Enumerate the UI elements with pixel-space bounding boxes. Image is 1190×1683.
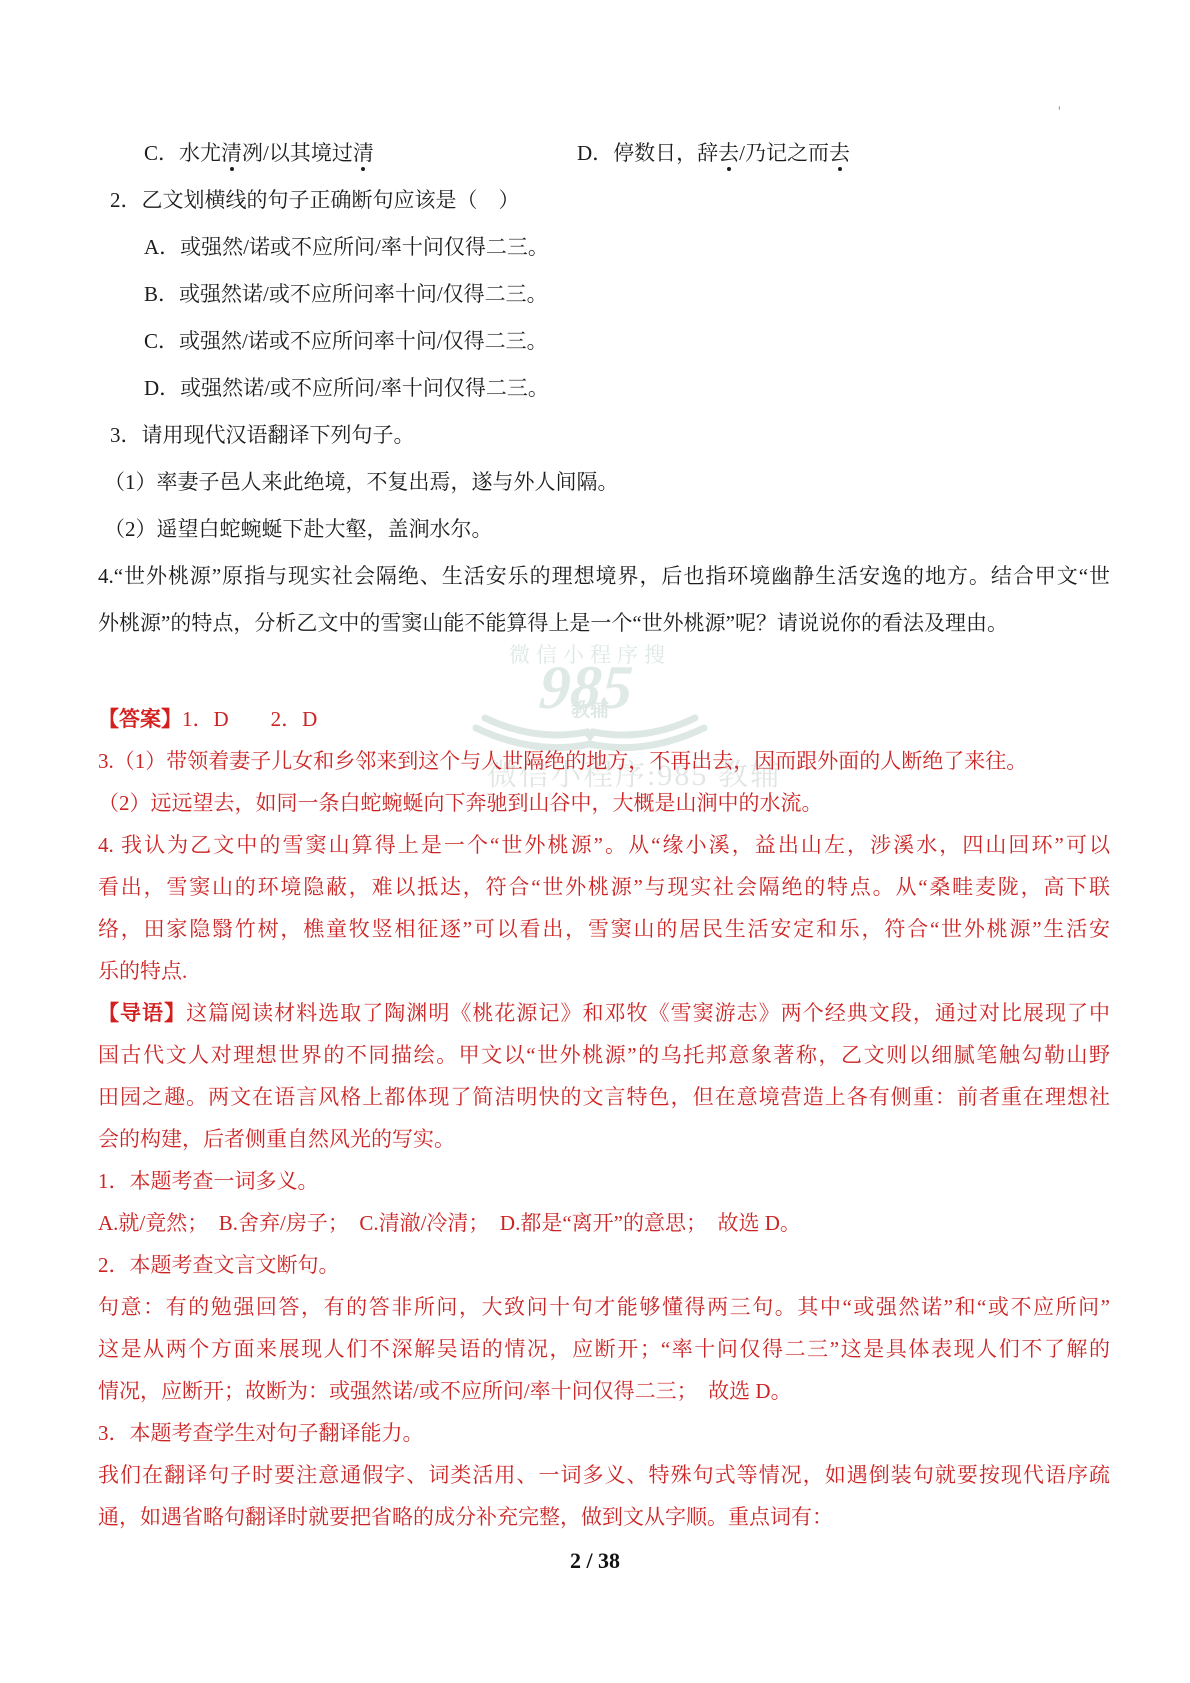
emphasized-char: 去 (829, 141, 850, 165)
answer-line: 田园之趣。两文在语言风格上都体现了简洁明快的文言特色，但在意境营造上各有侧重：前… (98, 1082, 1110, 1112)
answer-line: 1．本题考查一词多义。 (98, 1166, 1110, 1196)
answer-line: 3．本题考查学生对句子翻译能力。 (98, 1418, 1110, 1448)
q2-option-a: A．或强然/诺或不应所问/率十问仅得二三。 (144, 232, 1156, 262)
q1-option-d: D．停数日，辞去/乃记之而去 (577, 138, 850, 168)
answer-line: 4. 我认为乙文中的雪窦山算得上是一个“世外桃源”。从“缘小溪，益出山左，涉溪水… (98, 830, 1110, 860)
q2-option-c: C．或强然/诺或不应所问率十问/仅得二三。 (144, 326, 1156, 356)
scan-artifact-mark: ' (1058, 104, 1061, 121)
answer-line: （2）远远望去，如同一条白蛇蜿蜒向下奔驰到山谷中，大概是山涧中的水流。 (98, 788, 1110, 818)
q2-option-b: B．或强然诺/或不应所问率十问/仅得二三。 (144, 279, 1156, 309)
answer-header: 【答案】1．D 2．D (98, 704, 1110, 734)
emphasized-char: 清 (221, 141, 242, 165)
question-3: 3．请用现代汉语翻译下列句子。 (110, 420, 1122, 450)
q1-option-c: C．水尤清冽/以其境过清 (144, 141, 374, 165)
emphasized-char: 清 (353, 141, 374, 165)
question-2: 2．乙文划横线的句子正确断句应该是（ ） (110, 185, 1122, 215)
answer-line: 这是从两个方面来展现人们不深解吴语的情况，应断开；“率十问仅得二三”这是具体表现… (98, 1334, 1110, 1364)
answer-line: 乐的特点. (98, 956, 1110, 986)
emphasized-char: 去 (718, 141, 739, 165)
answer-line: 络，田家隐翳竹树，樵童牧竖相征逐”可以看出，雪窦山的居民生活安定和乐，符合“世外… (98, 914, 1110, 944)
answer-line: 通，如遇省略句翻译时就要把省略的成分补充完整，做到文从字顺。重点词有： (98, 1502, 1110, 1532)
answer-tag: 【答案】 (98, 707, 182, 731)
answer-line: 国古代文人对理想世界的不同描绘。甲文以“世外桃源”的乌托邦意象著称，乙文则以细腻… (98, 1040, 1110, 1070)
q3-sentence-2: （2）遥望白蛇蜿蜒下赴大壑，盖涧水尔。 (104, 514, 1116, 544)
answer-line: 看出，雪窦山的环境隐蔽，难以抵达，符合“世外桃源”与现实社会隔绝的特点。从“桑畦… (98, 872, 1110, 902)
commentary-tag: 【导语】 (98, 1001, 186, 1025)
q2-option-d: D．或强然诺/或不应所问/率十问仅得二三。 (144, 373, 1156, 403)
answer-line: 句意：有的勉强回答，有的答非所问，大致问十句才能够懂得两三句。其中“或强然诺”和… (98, 1292, 1110, 1322)
answer-line: 情况，应断开；故断为：或强然诺/或不应所问/率十问仅得二三； 故选 D。 (98, 1376, 1110, 1406)
answer-line: 我们在翻译句子时要注意通假字、词类活用、一词多义、特殊句式等情况，如遇倒装句就要… (98, 1460, 1110, 1490)
question-4-line2: 外桃源”的特点，分析乙文中的雪窦山能不能算得上是一个“世外桃源”呢？请说说你的看… (98, 608, 1110, 638)
answer-line: A.就/竟然； B.舍弃/房子； C.清澈/冷清； D.都是“离开”的意思； 故… (98, 1208, 1110, 1238)
page-number: 2 / 38 (0, 1548, 1190, 1574)
commentary-header: 【导语】这篇阅读材料选取了陶渊明《桃花源记》和邓牧《雪窦游志》两个经典文段，通过… (98, 998, 1110, 1028)
q1-option-row: C．水尤清冽/以其境过清 D．停数日，辞去/乃记之而去 (144, 138, 1156, 168)
answer-line: 3.（1）带领着妻子儿女和乡邻来到这个与人世隔绝的地方，不再出去，因而跟外面的人… (98, 746, 1110, 776)
answer-line: 2．本题考查文言文断句。 (98, 1250, 1110, 1280)
answer-line: 会的构建，后者侧重自然风光的写实。 (98, 1124, 1110, 1154)
question-4-line1: 4.“世外桃源”原指与现实社会隔绝、生活安乐的理想境界，后也指环境幽静生活安逸的… (98, 561, 1110, 591)
document-page: ' 微信小程序搜 985 教辅 微信小程序:985 教辅 C．水尤清冽/以其境过… (0, 0, 1190, 1683)
q3-sentence-1: （1）率妻子邑人来此绝境，不复出焉，遂与外人间隔。 (104, 467, 1116, 497)
